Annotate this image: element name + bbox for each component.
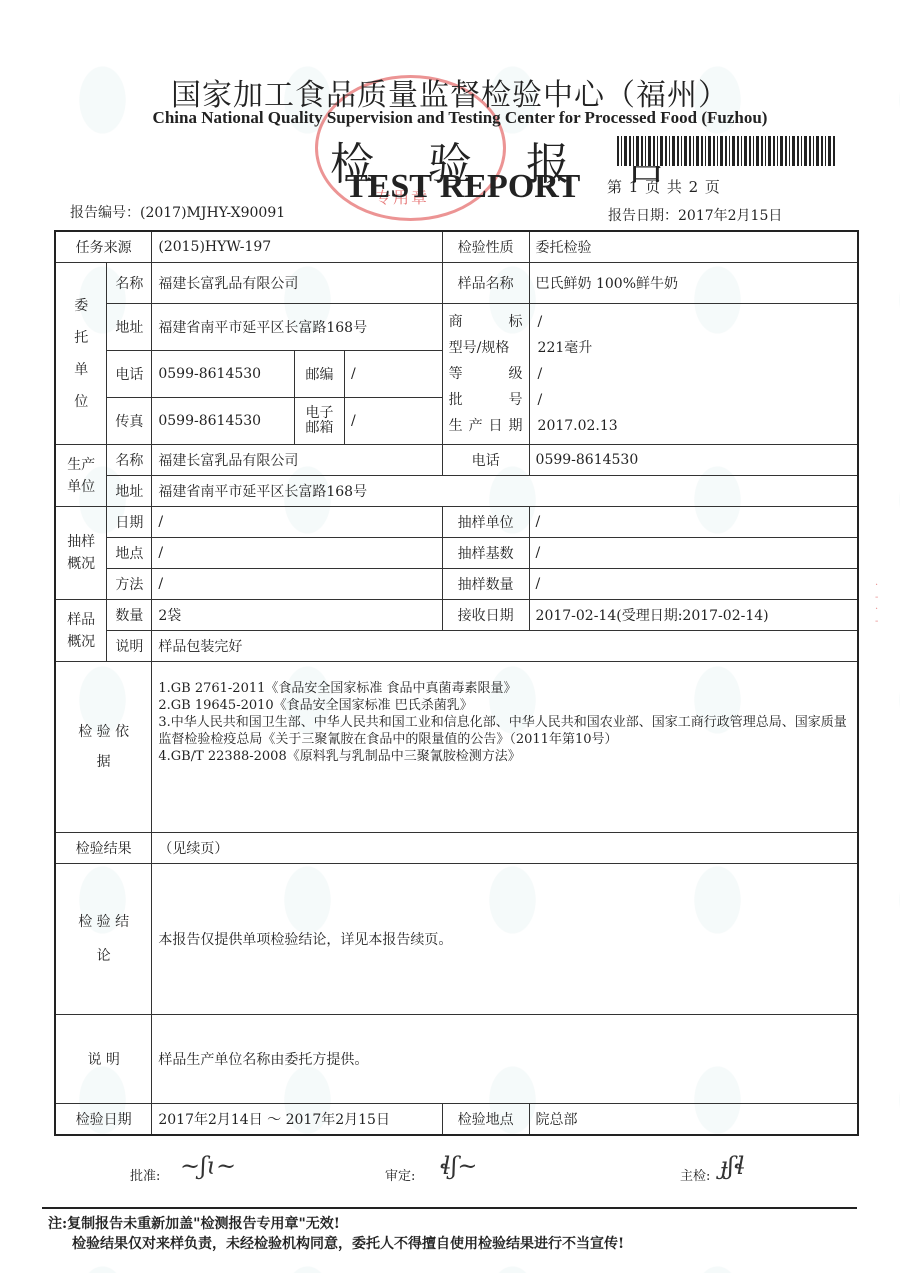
- producer-address-value: 福建省南平市延平区长富路168号: [152, 476, 858, 507]
- client-email-value: /: [345, 398, 443, 445]
- client-fax-value: 0599-8614530: [152, 398, 295, 445]
- sample-desc-label: 说明: [107, 631, 152, 662]
- barcode: [617, 136, 837, 166]
- sample-qty-value: 2袋: [152, 600, 442, 631]
- sampling-qty-label: 抽样数量: [442, 569, 529, 600]
- review-label: 审定:: [385, 1165, 415, 1184]
- batch-label: 批号: [449, 387, 523, 413]
- basis-list: 1.GB 2761-2011《食品安全国家标准 食品中真菌毒素限量》 2.GB …: [152, 662, 858, 833]
- client-address-value: 福建省南平市延平区长富路168号: [152, 304, 442, 351]
- client-address-label: 地址: [107, 304, 152, 351]
- note-line-2: 检验结果仅对来样负责，未经检验机构同意，委托人不得擅自使用检验结果进行不当宣传!: [72, 1233, 624, 1253]
- basis-item: 4.GB/T 22388-2008《原料乳与乳制品中三聚氰胺检测方法》: [158, 748, 851, 765]
- sample-name-value: 巴氏鲜奶 100%鲜牛奶: [529, 263, 858, 304]
- basis-item: 3.中华人民共和国卫生部、中华人民共和国工业和信息化部、中华人民共和国农业部、国…: [158, 714, 851, 748]
- sampling-place-value: /: [152, 538, 442, 569]
- remark-label: 说 明: [55, 1015, 152, 1104]
- result-value: （见续页）: [152, 833, 858, 864]
- inspector-signature: ɟʃɬ: [720, 1152, 745, 1180]
- sampling-method-value: /: [152, 569, 442, 600]
- grade-label: 等级: [449, 361, 523, 387]
- client-name-value: 福建长富乳品有限公司: [152, 263, 442, 304]
- sampling-date-value: /: [152, 507, 442, 538]
- test-date-label: 检验日期: [55, 1104, 152, 1136]
- task-source-label: 任务来源: [55, 231, 152, 263]
- page-info: 第 1 页 共 2 页: [607, 176, 721, 197]
- sampling-base-label: 抽样基数: [442, 538, 529, 569]
- result-label: 检验结果: [55, 833, 152, 864]
- model-label: 型号/规格: [449, 335, 523, 361]
- client-email-label: 电子邮箱: [295, 398, 345, 445]
- test-place-label: 检验地点: [442, 1104, 529, 1136]
- inspector-label: 主检:: [680, 1165, 710, 1184]
- sampling-unit-label: 抽样单位: [442, 507, 529, 538]
- prod-date-value: 2017.02.13: [538, 413, 849, 439]
- approve-label: 批准:: [130, 1165, 160, 1184]
- batch-value: /: [538, 387, 849, 413]
- producer-address-label: 地址: [107, 476, 152, 507]
- report-table: 任务来源 (2015)HYW-197 检验性质 委托检验 委 托 单 位 名称 …: [54, 230, 859, 1136]
- test-place-value: 院总部: [529, 1104, 858, 1136]
- producer-group-label: 生产单位: [55, 445, 107, 507]
- prod-date-label: 生产日期: [449, 413, 523, 439]
- client-group-label: 委 托 单 位: [55, 263, 107, 445]
- received-date-value: 2017-02-14(受理日期:2017-02-14): [529, 600, 858, 631]
- task-source-value: (2015)HYW-197: [152, 231, 442, 263]
- review-signature: ɬʃ~: [440, 1152, 478, 1180]
- test-date-value: 2017年2月14日 ～ 2017年2月15日: [152, 1104, 442, 1136]
- received-date-label: 接收日期: [442, 600, 529, 631]
- conclusion-label: 检 验 结 论: [55, 864, 152, 1015]
- divider: [42, 1207, 857, 1209]
- org-name-en: China National Quality Supervision and T…: [0, 108, 900, 128]
- producer-phone-value: 0599-8614530: [529, 445, 858, 476]
- note-line-1: 注:复制报告未重新加盖"检测报告专用章"无效!: [48, 1213, 340, 1233]
- edge-marks: ·-·-: [875, 580, 878, 628]
- trademark-label: 商标: [449, 309, 523, 335]
- sample-name-label: 样品名称: [442, 263, 529, 304]
- row-task-source: 任务来源 (2015)HYW-197 检验性质 委托检验: [55, 231, 858, 263]
- client-name-label: 名称: [107, 263, 152, 304]
- basis-item: 2.GB 19645-2010《食品安全国家标准 巴氏杀菌乳》: [158, 697, 851, 714]
- report-title-en: TEST REPORT: [345, 168, 580, 206]
- client-phone-value: 0599-8614530: [152, 351, 295, 398]
- report-number: 报告编号：(2017)MJHY-X90091: [70, 202, 285, 222]
- client-postcode-label: 邮编: [295, 351, 345, 398]
- sample-attr-labels: 商标 型号/规格 等级 批号 生产日期: [442, 304, 529, 445]
- sampling-unit-value: /: [529, 507, 858, 538]
- basis-label: 检 验 依 据: [55, 662, 152, 833]
- sampling-qty-value: /: [529, 569, 858, 600]
- conclusion-value: 本报告仅提供单项检验结论，详见本报告续页。: [152, 864, 858, 1015]
- client-postcode-value: /: [345, 351, 443, 398]
- approve-signature: ~ʃɩ~: [180, 1152, 236, 1180]
- producer-name-value: 福建长富乳品有限公司: [152, 445, 442, 476]
- producer-phone-label: 电话: [442, 445, 529, 476]
- sample-overview-group-label: 样品概况: [55, 600, 107, 662]
- producer-name-label: 名称: [107, 445, 152, 476]
- inspection-type-value: 委托检验: [529, 231, 858, 263]
- sampling-group-label: 抽样概况: [55, 507, 107, 600]
- client-fax-label: 传真: [107, 398, 152, 445]
- sampling-base-value: /: [529, 538, 858, 569]
- trademark-value: /: [538, 309, 849, 335]
- grade-value: /: [538, 361, 849, 387]
- remark-value: 样品生产单位名称由委托方提供。: [152, 1015, 858, 1104]
- sample-desc-value: 样品包装完好: [152, 631, 858, 662]
- sampling-place-label: 地点: [107, 538, 152, 569]
- sampling-method-label: 方法: [107, 569, 152, 600]
- sample-attr-values: / 221毫升 / / 2017.02.13: [529, 304, 858, 445]
- basis-item: 1.GB 2761-2011《食品安全国家标准 食品中真菌毒素限量》: [158, 680, 851, 697]
- sampling-date-label: 日期: [107, 507, 152, 538]
- model-value: 221毫升: [538, 335, 849, 361]
- sample-qty-label: 数量: [107, 600, 152, 631]
- report-date: 报告日期：2017年2月15日: [608, 205, 782, 225]
- client-phone-label: 电话: [107, 351, 152, 398]
- inspection-type-label: 检验性质: [442, 231, 529, 263]
